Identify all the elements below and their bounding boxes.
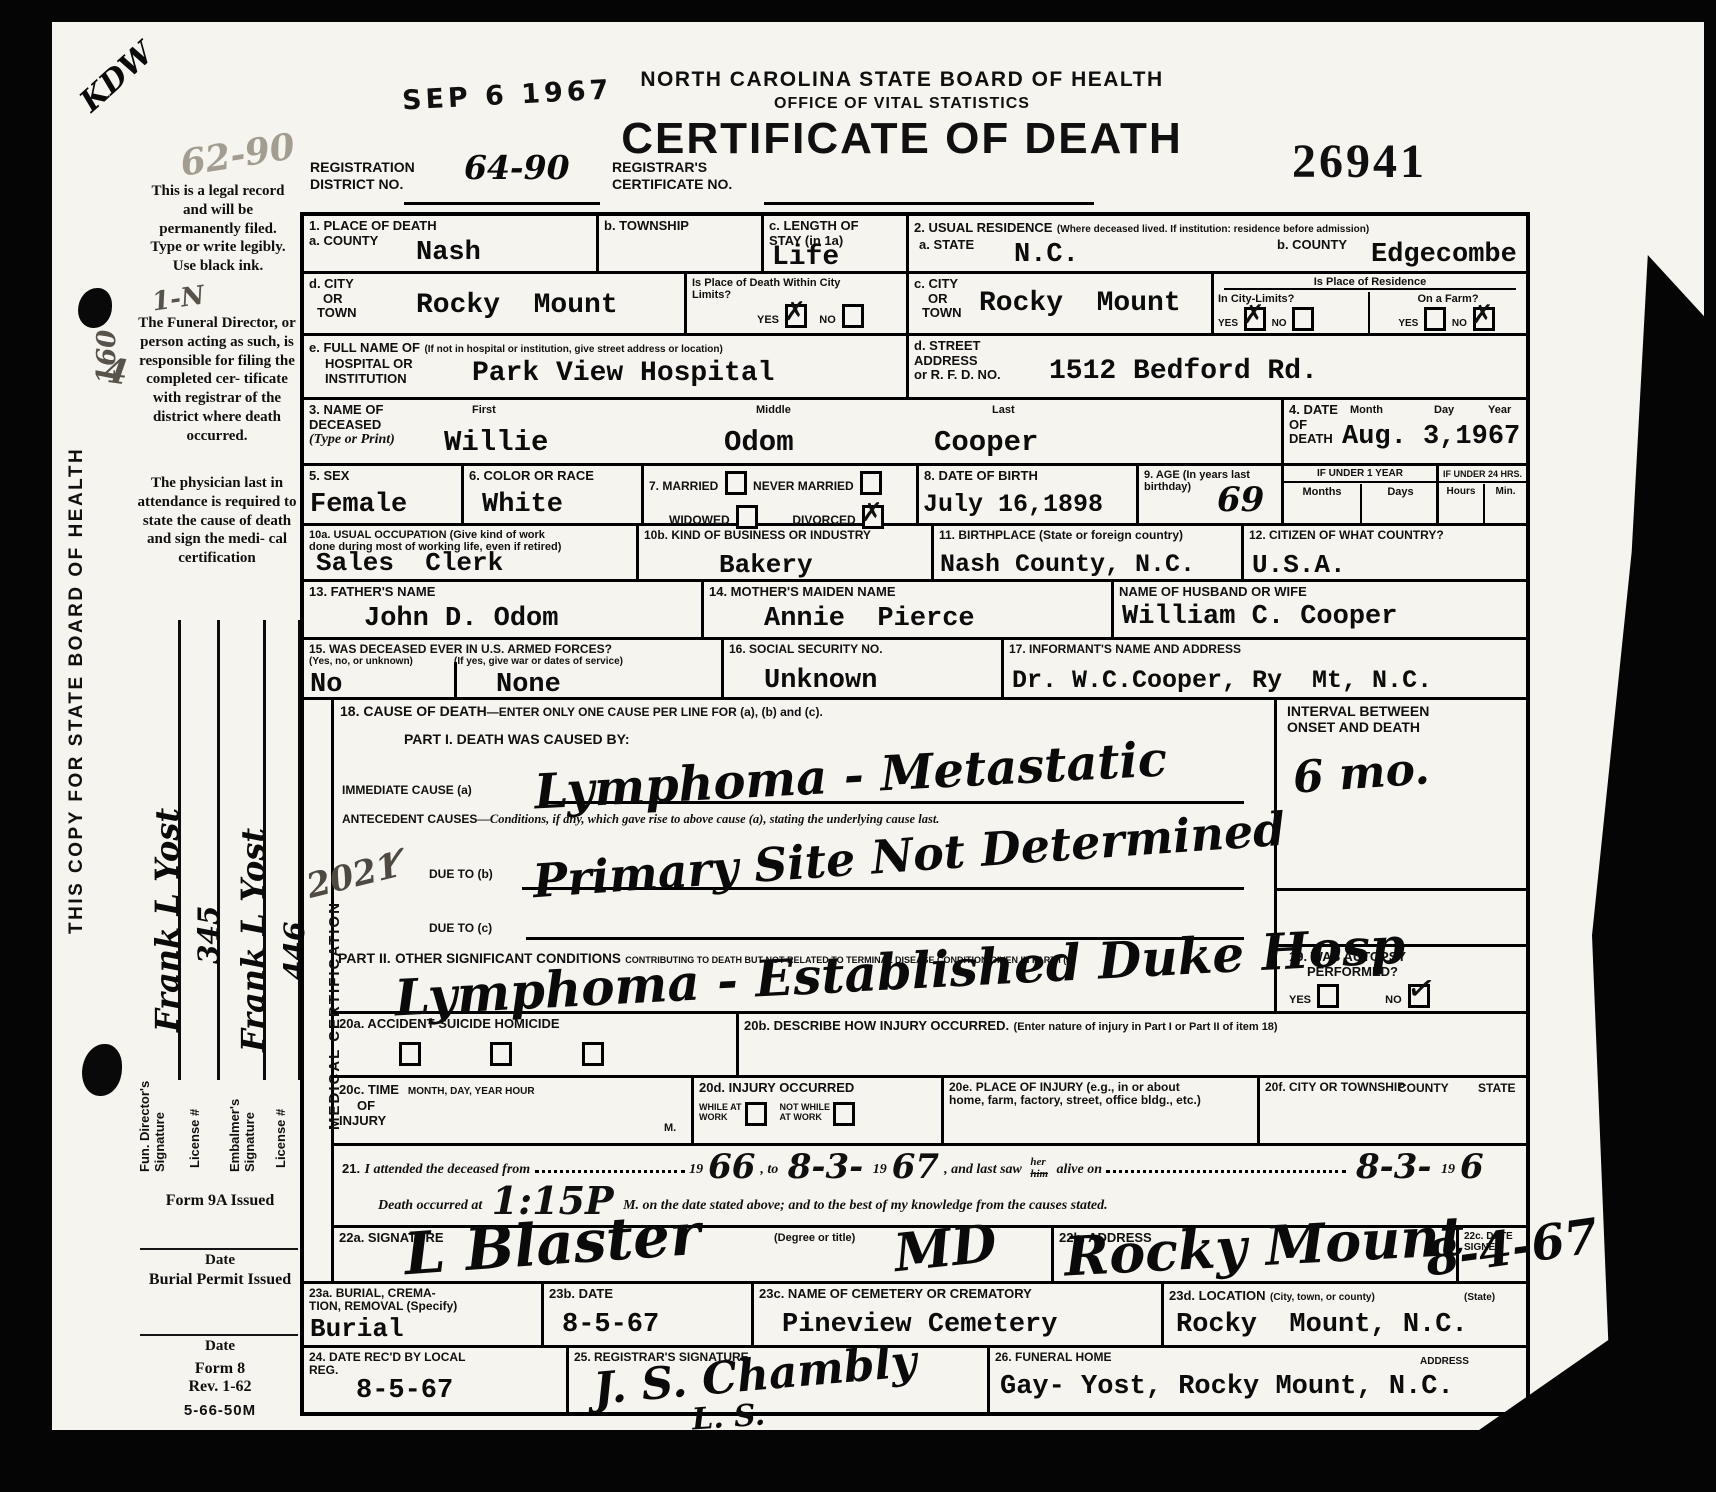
sex-value: Female [310,490,407,520]
part1-label: PART I. DEATH WAS CAUSED BY: [404,732,630,748]
business-value: Bakery [719,550,813,580]
usual-residence-title: 2. USUAL RESIDENCE [914,220,1052,235]
funeral-director-signature-handwriting: Frank L Yost [148,808,186,1032]
due-to-b-label: DUE TO (b) [429,868,493,881]
physician-degree-handwriting: MD [891,1213,999,1284]
sidebar-handwriting-1n: 1-N [150,280,206,317]
armed-forces-notes: (Yes, no, or unknown) (If yes, give war … [309,656,716,667]
injury-work-options: WHILE AT WORK NOT WHILE AT WORK [699,1102,936,1126]
field-marital-status: 7. MARRIED NEVER MARRIED WIDOWED DIVORCE… [644,466,919,526]
attended-leader-2 [1106,1156,1346,1173]
attended-text-1: I attended the deceased from [365,1162,531,1177]
serial-number: 26941 [1292,134,1427,189]
field-ssn: 16. SOCIAL SECURITY NO. Unknown [724,640,1004,700]
due-to-c-label: DUE TO (c) [429,922,492,935]
burial-value: Burial [310,1314,404,1344]
certificate-paper: KDW 62-90 SEP 6 1967 NORTH CAROLINA STAT… [52,22,1704,1430]
not-while-label-2: AT WORK [780,1112,822,1122]
farm-no-mark: ✗ [1472,300,1494,330]
field-spouse: NAME OF HUSBAND OR WIFE William C. Coope… [1114,582,1526,640]
never-married-label: NEVER MARRIED [753,479,854,493]
state-label: a. STATE [919,238,974,253]
registration-district-label-2: DISTRICT NO. [310,177,403,193]
injury-occurred-while-label: 20d. INJURY OCCURRED [699,1081,936,1096]
death-limits-no-label: NO [819,314,836,326]
bottom-initials-handwriting: L. S. [691,1397,766,1437]
place-of-injury-label-1: 20e. PLACE OF INJURY (e.g., in or about [949,1081,1252,1094]
field-informant: 17. INFORMANT'S NAME AND ADDRESS Dr. W.C… [1004,640,1526,700]
part2-label: PART II. [338,950,391,966]
divorced-label: DIVORCED [792,513,855,527]
date-recd-label-1: 24. DATE REC'D BY LOCAL [309,1351,561,1364]
sidebar-notice-2: The Funeral Director, or person acting a… [137,314,297,445]
last-name-label: Last [992,404,1015,416]
field-23a: 23a. BURIAL, CREMA- TION, REMOVAL (Speci… [304,1284,544,1348]
farm-question: On a Farm? [1374,293,1522,305]
burial-label-2: TION, REMOVAL (Specify) [309,1300,536,1313]
farm-yes-label: YES [1398,318,1418,329]
row-parents: 13. FATHER'S NAME John D. Odom 14. MOTHE… [304,582,1526,640]
fun-director-label-line2: Signature [152,1112,167,1172]
interval-divider-1 [1277,888,1529,891]
residence-yes-label: YES [1218,318,1238,329]
date-line-2 [140,1334,298,1336]
field-hospital: e. FULL NAME OF (If not in hospital or i… [304,336,909,400]
row-sex-race-marital-birth: 5. SEX Female 6. COLOR OR RACE White 7. … [304,466,1526,526]
residence-city-limits-options: YES ✗ NO [1218,307,1364,331]
marital-line-1: 7. MARRIED NEVER MARRIED [649,471,911,495]
citizen-label: 12. CITIZEN OF WHAT COUNTRY? [1249,529,1521,542]
date-label-1: Date [140,1252,300,1269]
document-title: CERTIFICATE OF DEATH [452,114,1352,164]
citizen-value: U.S.A. [1252,550,1346,580]
cemetery-label: 23c. NAME OF CEMETERY OR CREMATORY [759,1287,1156,1302]
registration-district-label-1: REGISTRATION [310,160,415,176]
dob-label: 8. DATE OF BIRTH [924,469,1131,484]
field-date-of-death: 4. DATE OF DEATH Month Day Year Aug. 3,1… [1284,400,1526,466]
field-26: 26. FUNERAL HOME ADDRESS Gay- Yost, Rock… [990,1348,1526,1412]
attended-to-handwriting: 8-3- [788,1147,864,1187]
injury-county-label: COUNTY [1398,1082,1449,1095]
attended-to-text: , to [760,1162,778,1177]
time-of-label-3: INJURY [339,1114,686,1129]
row-name-dod: 3. NAME OF DECEASED (Type or Print) Firs… [304,400,1526,466]
field-if-under-1-year: IF UNDER 1 YEAR Months Days [1284,466,1439,526]
revision-label: Rev. 1-62 [140,1378,300,1396]
interval-label-2: ONSET AND DEATH [1277,720,1526,736]
field-usual-residence: 2. USUAL RESIDENCE (Where deceased lived… [909,216,1526,274]
attended-from-year-handwriting: 66 [708,1147,755,1187]
father-value: John D. Odom [364,604,558,634]
injury-occurred-note: (Enter nature of injury in Part I or Par… [1014,1021,1278,1033]
ink-blot-2 [82,1044,122,1096]
days-label: Days [1362,484,1439,526]
funeral-director-license-number: 345 [192,906,225,964]
race-label: 6. COLOR OR RACE [469,469,636,484]
divorced-mark: ✗ [861,498,883,528]
residence-yes-mark: ✗ [1243,300,1265,330]
registrar-certificate-label-2: CERTIFICATE NO. [612,177,732,193]
field-township: b. TOWNSHIP [599,216,764,274]
farm-group: On a Farm? YES NO ✗ [1370,292,1526,336]
stay-value: Life [772,242,839,273]
burial-date-value: 8-5-67 [562,1310,659,1340]
field-age: 9. AGE (In years last birthday) 69 [1139,466,1284,526]
state-value: N.C. [1014,240,1079,270]
autopsy-no-mark: ✓ [1403,967,1438,1011]
accident-suicide-homicide-label: 20a. ACCIDENT SUICIDE HOMICIDE [339,1017,731,1032]
homicide-checkbox [582,1042,604,1066]
cause-label-note: —ENTER ONLY ONE CAUSE PER LINE FOR (a), … [487,705,823,719]
name-label-1: 3. NAME OF [309,403,1276,418]
attended-19-1: 19 [689,1162,703,1177]
field-22a: 22a. SIGNATURE (Degree or title) L Blast… [334,1228,1054,1284]
residence-no-label: NO [1272,318,1287,329]
county-value: Nash [416,238,481,268]
autopsy-no-checkbox: ✓ [1408,984,1430,1008]
field-date-of-birth: 8. DATE OF BIRTH July 16,1898 [919,466,1139,526]
farm-no-checkbox: ✗ [1473,307,1495,331]
field-street-address: d. STREET ADDRESS or R. F. D. NO. 1512 B… [909,336,1526,400]
attended-text-3: alive on [1057,1162,1103,1177]
occupation-value: Sales Clerk [316,548,503,578]
asc-checkboxes [339,1042,731,1066]
field-23c: 23c. NAME OF CEMETERY OR CREMATORY Pinev… [754,1284,1164,1348]
autopsy-yes-label: YES [1289,994,1311,1006]
row-city: d. CITY OR TOWN Rocky Mount Is Place of … [304,274,1526,336]
field-armed-forces: 15. WAS DECEASED EVER IN U.S. ARMED FORC… [304,640,724,700]
time-of-label-2: OF [339,1099,686,1114]
registration-underline [404,172,600,205]
burial-date-label: 23b. DATE [549,1287,746,1302]
under-1-year-label: IF UNDER 1 YEAR [1284,466,1436,483]
him-label: him [1030,1168,1048,1180]
form-8-label: Form 8 [140,1360,300,1378]
occupation-label-1: 10a. USUAL OCCUPATION (Give kind of work [309,529,631,541]
license-label-1: License # [188,1109,203,1168]
burial-permit-label: Burial Permit Issued [132,1271,308,1289]
sidebar-notice-1: This is a legal record and will be perma… [142,182,294,276]
row-22: 22a. SIGNATURE (Degree or title) L Blast… [334,1228,1526,1284]
street-value: 1512 Bedford Rd. [1049,356,1318,387]
stay-label-1: c. LENGTH OF [769,219,901,234]
row-hospital-street: e. FULL NAME OF (If not in hospital or i… [304,336,1526,400]
place-of-injury-label-2: home, farm, factory, street, office bldg… [949,1094,1252,1107]
mother-label: 14. MOTHER'S MAIDEN NAME [709,585,1106,600]
months-label: Months [1284,484,1362,526]
funeral-home-address-label: ADDRESS [1420,1356,1469,1367]
interval-value-handwriting: 6 mo. [1291,743,1431,803]
last-seen-handwriting: 8-3- [1356,1147,1432,1187]
row-20ab: 20a. ACCIDENT SUICIDE HOMICIDE 20b. DESC… [334,1014,1526,1078]
never-married-checkbox [860,471,882,495]
board-heading: NORTH CAROLINA STATE BOARD OF HEALTH [452,68,1352,92]
dod-month-label: Month [1350,404,1383,416]
attended-text-2: , and last saw [944,1162,1022,1177]
dod-day-label: Day [1434,404,1454,416]
attended-19-3: 19 [1441,1162,1455,1177]
attended-19-2: 19 [873,1162,887,1177]
hospital-value: Park View Hospital [472,358,774,389]
signature-line-2 [217,620,220,1080]
dod-year-label: Year [1488,404,1511,416]
field-24: 24. DATE REC'D BY LOCAL REG. 8-5-67 [304,1348,569,1412]
embalmer-signature-label: Embalmer'sSignature [228,1099,257,1172]
field-20b: 20b. DESCRIBE HOW INJURY OCCURRED. (Ente… [739,1014,1526,1078]
while-at-work-checkbox [745,1102,767,1126]
field-20d: 20d. INJURY OCCURRED WHILE AT WORK NOT W… [694,1078,944,1146]
residence-city-limits-question: In City-Limits? [1218,293,1364,305]
while-at-label-1: WHILE AT [699,1102,742,1112]
armed-forces-value-1: No [310,670,342,700]
field-23d: 23d. LOCATION (City, town, or county) (S… [1164,1284,1526,1348]
sidebar-handwriting-4: 4 [101,351,130,394]
immediate-cause-label: IMMEDIATE CAUSE (a) [342,784,472,797]
degree-label: (Degree or title) [774,1232,855,1244]
certificate-form: 1. PLACE OF DEATH a. COUNTY Nash b. TOWN… [300,212,1530,1416]
armed-forces-label: 15. WAS DECEASED EVER IN U.S. ARMED FORC… [309,643,716,656]
age-value: 69 [1217,480,1264,520]
residence-county-value: Edgecombe [1371,240,1517,270]
married-checkbox [725,471,747,495]
embalmer-signature-handwriting: Frank L Yost [234,828,272,1052]
attended-number: 21. [342,1161,360,1176]
township-label: b. TOWNSHIP [604,219,756,234]
antecedent-label: ANTECEDENT CAUSES [342,812,477,826]
field-20f: 20f. CITY OR TOWNSHIP COUNTY STATE [1260,1078,1526,1146]
hours-label: Hours [1439,484,1485,526]
field-place-of-death-county: 1. PLACE OF DEATH a. COUNTY Nash [304,216,599,274]
pencil-note-handwriting: 62-90 [177,125,297,184]
certificate-no-underline [764,172,1094,205]
field-color-race: 6. COLOR OR RACE White [464,466,644,526]
death-limits-options: YES ✗ NO [757,304,867,328]
death-limits-yes-label: YES [757,314,779,326]
hospital-label-1: e. FULL NAME OF [309,340,420,355]
not-while-label-1: NOT WHILE [780,1102,831,1112]
row-occupation: 10a. USUAL OCCUPATION (Give kind of work… [304,526,1526,582]
attended-leader-1 [535,1156,685,1173]
dod-label-1: 4. DATE [1289,403,1521,418]
funeral-home-value: Gay- Yost, Rocky Mount, N.C. [1000,1372,1454,1402]
location-value: Rocky Mount, N.C. [1176,1310,1468,1340]
field-occupation: 10a. USUAL OCCUPATION (Give kind of work… [304,526,639,582]
field-22b: 22b. ADDRESS Rocky Mount [1054,1228,1459,1284]
first-name-value: Willie [444,426,548,459]
birthplace-value: Nash County, N.C. [940,550,1195,579]
residence-yes-checkbox: ✗ [1244,307,1266,331]
location-note-2: (State) [1464,1292,1495,1303]
field-residence-limits: Is Place of Residence In City-Limits? YE… [1214,274,1526,336]
row-armed-forces-ssn: 15. WAS DECEASED EVER IN U.S. ARMED FORC… [304,640,1526,700]
margin-check-handwriting: ✓ [377,840,408,879]
business-label: 10b. KIND OF BUSINESS OR INDUSTRY [644,529,926,542]
corner-initials-handwriting: KDW [73,36,160,119]
location-label: 23d. LOCATION [1169,1288,1266,1303]
under-24-hrs-label: IF UNDER 24 HRS. [1439,466,1526,483]
row-medical-certification: MEDICAL CERTIFICATION INTERVAL BETWEEN O… [304,700,1526,1284]
while-at-label-2: WORK [699,1112,728,1122]
race-value: White [482,490,563,520]
farm-yes-checkbox [1424,307,1446,331]
cause-label: 18. CAUSE OF DEATH [340,703,487,719]
row-20cdef: 20c. TIME MONTH, DAY, YEAR HOUR OF INJUR… [334,1078,1526,1146]
field-23b: 23b. DATE 8-5-67 [544,1284,754,1348]
last-name-value: Cooper [934,426,1038,459]
autopsy-yes-checkbox [1317,984,1339,1008]
farm-options: YES NO ✗ [1374,307,1522,331]
last-seen-year-handwriting: 6 [1460,1147,1484,1187]
death-occurred-line: Death occurred at 1:15P M. on the date s… [378,1196,1108,1214]
field-sex: 5. SEX Female [304,466,464,526]
spouse-value: William C. Cooper [1122,602,1397,632]
row-place-usual-residence: 1. PLACE OF DEATH a. COUNTY Nash b. TOWN… [304,216,1526,274]
residence-city-limits-group: In City-Limits? YES ✗ NO [1214,292,1370,336]
field-if-under-24-hrs: IF UNDER 24 HRS. Hours Min. [1439,466,1526,526]
attended-line: 21. I attended the deceased from 1966, t… [342,1156,1489,1180]
field-name-of-deceased: 3. NAME OF DECEASED (Type or Print) Firs… [304,400,1284,466]
injury-occurred-label: 20b. DESCRIBE HOW INJURY OCCURRED. [744,1018,1009,1033]
field-22c: 22c. DATE SIGNED 8-4-67 [1459,1228,1526,1284]
burial-label-1: 23a. BURIAL, CREMA- [309,1287,536,1300]
death-limits-no-checkbox [842,304,864,328]
fun-director-label-line1: Fun. Director's [137,1081,152,1172]
residence-question: Is Place of Residence [1224,276,1516,290]
field-20c: 20c. TIME MONTH, DAY, YEAR HOUR OF INJUR… [334,1078,694,1146]
residence-city-value: Rocky Mount [979,288,1181,319]
hospital-note: (If not in hospital or institution, give… [424,344,722,355]
not-while-at-work-checkbox [833,1102,855,1126]
ink-blot-1 [78,288,112,328]
embalmer-label-line2: Signature [242,1112,257,1172]
field-20e: 20e. PLACE OF INJURY (e.g., in or about … [944,1078,1260,1146]
middle-name-label: Middle [756,404,791,416]
while-at-work-option: WHILE AT WORK [699,1102,742,1126]
time-of-injury-label: 20c. TIME [339,1082,399,1097]
death-city-value: Rocky Mount [416,290,618,321]
print-code: 5-66-50M [140,1402,300,1419]
license-label-2: License # [274,1109,289,1168]
field-business: 10b. KIND OF BUSINESS OR INDUSTRY Bakery [639,526,934,582]
residence-no-checkbox [1292,307,1314,331]
her-him-stack: herhim [1030,1157,1048,1180]
armed-forces-note-2: (If yes, give war or dates of service) [454,656,623,667]
fun-director-signature-label: Fun. Director'sSignature [138,1081,167,1172]
spouse-label: NAME OF HUSBAND OR WIFE [1119,585,1521,600]
residence-county-label: b. COUNTY [1277,238,1347,253]
widowed-label: WIDOWED [669,513,730,527]
place-of-death-title: 1. PLACE OF DEATH [309,219,591,234]
dob-value: July 16,1898 [923,490,1103,519]
dod-value: Aug. 3,1967 [1342,422,1520,452]
time-m-label: M. [664,1122,676,1134]
date-line-1 [140,1248,298,1250]
min-label: Min. [1485,484,1526,526]
accident-checkbox [399,1042,421,1066]
medical-certification-strip: MEDICAL CERTIFICATION [304,700,334,1284]
death-limits-yes-mark: ✗ [784,297,806,327]
registrar-certificate-label-1: REGISTRAR'S [612,160,707,176]
her-label: her [1030,1156,1045,1168]
autopsy-no-label: NO [1385,994,1402,1006]
time-columns-label: MONTH, DAY, YEAR HOUR [408,1086,535,1097]
sidebar-notice-3: The physician last in attendance is requ… [137,474,297,568]
death-limits-question-1: Is Place of Death Within City [692,277,901,289]
birthplace-label: 11. BIRTHPLACE (State or foreign country… [939,529,1236,542]
usual-residence-note: (Where deceased lived. If institution: r… [1057,224,1369,235]
copy-notice-vertical: THIS COPY FOR STATE BOARD OF HEALTH [66,447,88,934]
married-label: 7. MARRIED [649,479,718,493]
field-citizen: 12. CITIZEN OF WHAT COUNTRY? U.S.A. [1244,526,1526,582]
field-length-of-stay: c. LENGTH OF STAY (in 1a) Life [764,216,909,274]
cemetery-value: Pineview Cemetery [782,1310,1057,1340]
row-burial: 23a. BURIAL, CREMA- TION, REMOVAL (Speci… [304,1284,1526,1348]
farm-no-label: NO [1452,318,1467,329]
father-label: 13. FATHER'S NAME [309,585,696,600]
injury-state-label: STATE [1478,1082,1516,1095]
field-death-city-limits: Is Place of Death Within City Limits? YE… [687,274,909,336]
form-9a-label: Form 9A Issued [140,1192,300,1210]
death-occurred-text-1: Death occurred at [378,1198,482,1213]
field-25: 25. REGISTRAR'S SIGNATURE J. S. Chambly [569,1348,990,1412]
interval-label-1: INTERVAL BETWEEN [1277,700,1526,720]
scanned-death-certificate: KDW 62-90 SEP 6 1967 NORTH CAROLINA STAT… [0,0,1716,1492]
attended-to-year-handwriting: 67 [892,1147,939,1187]
field-residence-city: c. CITY OR TOWN Rocky Mount [909,274,1214,336]
armed-forces-divider [454,662,457,700]
not-while-at-work-option: NOT WHILE AT WORK [780,1102,831,1126]
location-note-1: (City, town, or county) [1270,1292,1375,1303]
office-heading: OFFICE OF VITAL STATISTICS [452,95,1352,113]
embalmer-label-line1: Embalmer's [227,1099,242,1172]
field-20a: 20a. ACCIDENT SUICIDE HOMICIDE [334,1014,739,1078]
cause-of-death-header: 18. CAUSE OF DEATH—ENTER ONLY ONE CAUSE … [334,700,1274,726]
date-label-2: Date [140,1338,300,1355]
death-limits-yes-checkbox: ✗ [785,304,807,328]
armed-forces-note-1: (Yes, no, or unknown) [309,656,454,667]
mother-value: Annie Pierce [764,604,975,634]
autopsy-options: YES NO ✓ [1289,984,1433,1008]
middle-name-value: Odom [724,426,794,459]
suicide-checkbox [490,1042,512,1066]
field-birthplace: 11. BIRTHPLACE (State or foreign country… [934,526,1244,582]
informant-value: Dr. W.C.Cooper, Ry Mt, N.C. [1012,666,1432,695]
sex-label: 5. SEX [309,469,456,484]
informant-label: 17. INFORMANT'S NAME AND ADDRESS [1009,643,1521,656]
row-registrar: 24. DATE REC'D BY LOCAL REG. 8-5-67 25. … [304,1348,1526,1412]
field-mother: 14. MOTHER'S MAIDEN NAME Annie Pierce [704,582,1114,640]
ssn-label: 16. SOCIAL SECURITY NO. [729,643,996,656]
armed-forces-value-2: None [496,670,561,700]
field-father: 13. FATHER'S NAME John D. Odom [304,582,704,640]
street-label-1: d. STREET [914,339,1521,354]
first-name-label: First [472,404,496,416]
field-city-of-death: d. CITY OR TOWN Rocky Mount [304,274,687,336]
date-recd-value: 8-5-67 [356,1376,453,1406]
ssn-value: Unknown [764,666,877,696]
